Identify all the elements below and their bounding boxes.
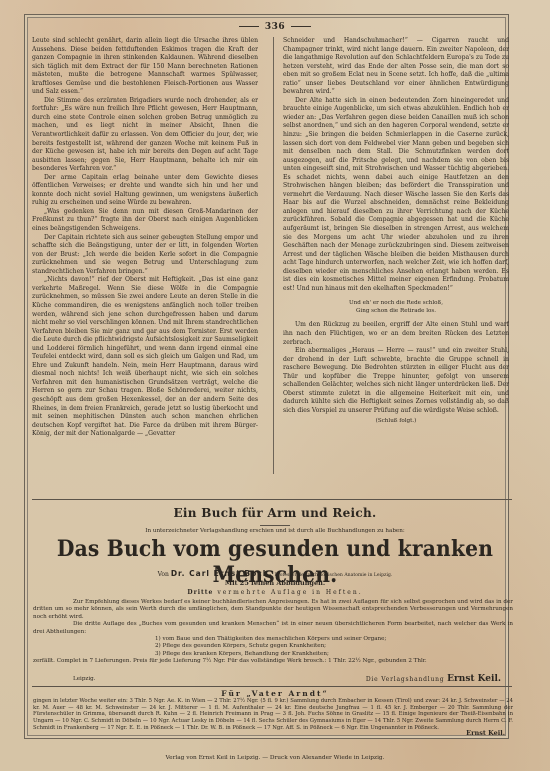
imprint-footer: Verlag von Ernst Keil in Leipzig. — Druc… (0, 755, 550, 761)
to-be-continued-note: (Schluß folgt.) (283, 417, 509, 426)
verse-quote: Und eh' er noch die Rede schloß, Ging sc… (283, 299, 509, 315)
article-left-column: Leute sind schlecht genährt, darin allei… (32, 37, 258, 484)
book-section-item: 2) Pflege des gesunden Körpers, Schutz g… (33, 643, 513, 650)
author-prefix: Von (158, 571, 169, 578)
ornament-dash-right (291, 26, 311, 27)
advertisement-intro: In unterzeichneter Verlagshandlung ersch… (0, 528, 550, 534)
article-paragraph: Schneider und Handschuhmacher!“ — Cigarr… (283, 37, 509, 97)
edition-number: Dritte (187, 589, 213, 596)
author-title: Professor der pathologischen Anatomie in… (275, 573, 393, 578)
edition-note: Dritte vermehrte Auflage in Heften. (0, 589, 550, 596)
author-name: Dr. Carl Ernst Bock, (171, 569, 273, 578)
donations-signature: Ernst Keil. (466, 729, 505, 737)
publisher-prefix: Die Verlagshandlung (366, 676, 445, 683)
article-paragraph: Der Capitain richtete sich aus seiner ge… (32, 234, 258, 277)
article-paragraph: „Nichts davon!“ rief der Oberst mit Heft… (32, 276, 258, 438)
article-paragraph: Um den Rückzug zu beeilen, ergriff der A… (283, 321, 509, 347)
article-right-column: Schneider und Handschuhmacher!“ — Cigarr… (283, 37, 509, 507)
ad-paragraph: Zur Empfehlung dieses Werkes bedarf es k… (33, 599, 513, 621)
page-number-value: 336 (265, 22, 285, 32)
publisher-signature: Die Verlagshandlung Ernst Keil. (366, 674, 501, 684)
article-paragraph: Der Alte hatte sich in einen bedeutenden… (283, 97, 509, 294)
book-author-line: Von Dr. Carl Ernst Bock, Professor der p… (0, 569, 550, 578)
advertisement-heading: Ein Buch für Arm und Reich. (0, 506, 550, 520)
page-number: 336 (0, 22, 550, 32)
ornament-dash-left (239, 26, 259, 27)
ad-paragraph: Die dritte Auflage des „Buches vom gesun… (33, 621, 513, 636)
verse-line: Und eh' er noch die Rede schloß, (283, 299, 509, 307)
publisher-name: Ernst Keil. (447, 674, 501, 684)
book-sections-list: 1) vom Baue und den Thätigkeiten des men… (33, 636, 513, 658)
edition-text: vermehrte Auflage in Heften. (217, 589, 362, 596)
column-divider (273, 37, 274, 474)
donations-heading: Für „Vater Arndt“ (0, 689, 550, 698)
article-paragraph: Der arme Capitain erlag beinahe unter de… (32, 174, 258, 208)
article-paragraph: Leute sind schlecht genährt, darin allei… (32, 37, 258, 97)
section-divider (32, 499, 512, 500)
short-rule (260, 525, 290, 526)
article-paragraph: Die Stimme des erzürnten Brigadiers wurd… (32, 97, 258, 174)
ad-price-paragraph: zerfällt. Complet in 7 Lieferungen. Prei… (33, 658, 513, 665)
article-paragraph: „Was gedenken Sie denn nun mit diesen Gr… (32, 208, 258, 234)
advertisement-body: Zur Empfehlung dieses Werkes bedarf es k… (33, 599, 513, 666)
donations-list: gingen in letzter Woche weiter ein: 3 Th… (33, 698, 513, 732)
illustrations-note: Mit 25 feinen Abbildungen. (0, 579, 550, 587)
verse-line: Ging schon die Retirade los. (283, 307, 509, 315)
section-divider (32, 686, 512, 687)
article-paragraph: Ein abermaliges „Heraus — Herre — raus!“… (283, 347, 509, 415)
publisher-city: Leipzig. (73, 676, 96, 682)
